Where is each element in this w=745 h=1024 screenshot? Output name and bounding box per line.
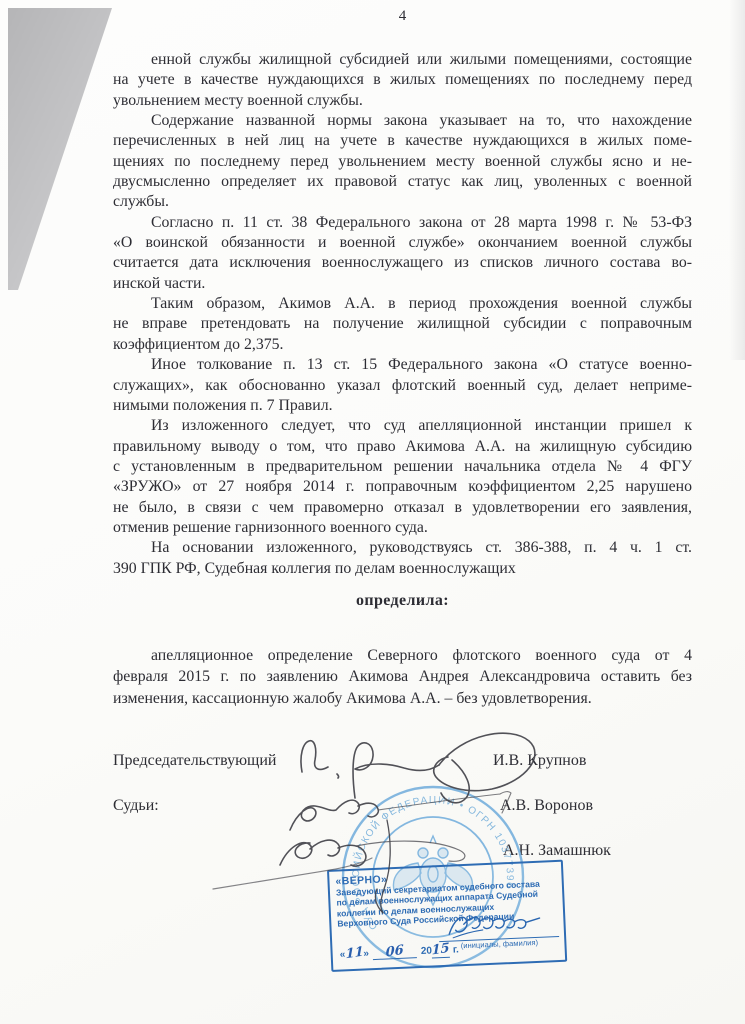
scan-edge-shadow	[729, 0, 745, 360]
text-line: На основании изложенного, руководствуясь…	[113, 538, 692, 558]
operative-heading: определила:	[113, 592, 692, 610]
text-line: Согласно п. 11 ст. 38 Федерального закон…	[113, 213, 692, 233]
text-line: коэффициентом до 2,375.	[113, 335, 692, 355]
date-open-quote: «	[339, 949, 345, 960]
paragraph: На основании изложенного, руководствуясь…	[113, 538, 692, 579]
text-line: апелляционное определение Северного флот…	[113, 645, 692, 666]
text-line: нимыми положения п. 7 Правил.	[113, 396, 692, 416]
text-line: считается дата исключения военнослужащег…	[113, 253, 692, 273]
text-line: на учете в качестве нуждающихся в жилых …	[113, 70, 692, 90]
text-line: «ЗРУЖО» от 27 ноября 2014 г. поправочным…	[113, 477, 692, 497]
certification-stamp: «ВЕРНО» Заведующий секретариатом судебно…	[327, 860, 567, 972]
text-line: Из изложенного следует, что суд апелляци…	[113, 416, 692, 436]
paragraph: Содержание названной нормы закона указыв…	[113, 111, 692, 213]
date-close-quote: »	[363, 948, 369, 959]
handwritten-month: 06	[386, 943, 404, 961]
handwritten-day: 11	[345, 944, 363, 962]
text-line: инской части.	[113, 274, 692, 294]
paragraph: апелляционное определение Северного флот…	[113, 645, 692, 709]
paragraph: Согласно п. 11 ст. 38 Федерального закон…	[113, 213, 692, 294]
document-page: 4 енной службы жилищной субсидией или жи…	[0, 0, 745, 1024]
presiding-judge-label: Председательствующий	[113, 752, 276, 770]
paragraph: Иное толкование п. 13 ст. 15 Федеральног…	[113, 355, 692, 416]
text-line: Иное толкование п. 13 ст. 15 Федеральног…	[113, 355, 692, 375]
paragraph: Из изложенного следует, что суд апелляци…	[113, 416, 692, 538]
text-line: «О воинской обязанности и военной службе…	[113, 233, 692, 253]
paragraph: Таким образом, Акимов А.А. в период прох…	[113, 294, 692, 355]
text-line: февраля 2015 г. по заявлению Акимова Анд…	[113, 666, 692, 687]
text-line: изменения, кассационную жалобу Акимова А…	[113, 688, 692, 709]
text-line: отменив решение гарнизонного военного су…	[113, 518, 692, 538]
paragraph: енной службы жилищной субсидией или жилы…	[113, 50, 692, 111]
text-line: не вправе претендовать на получение жили…	[113, 314, 692, 334]
text-line: щениях по последнему перед увольнением м…	[113, 152, 692, 172]
text-line: енной службы жилищной субсидией или жилы…	[113, 50, 692, 70]
secretary-signature	[439, 907, 558, 942]
body-text: енной службы жилищной субсидией или жилы…	[113, 50, 692, 579]
judges-label: Судьи:	[113, 797, 159, 815]
text-line: перечисленных в ней лиц на учете в качес…	[113, 131, 692, 151]
text-line: службы.	[113, 192, 692, 212]
text-line: Содержание названной нормы закона указыв…	[113, 111, 692, 131]
closing-paragraph: апелляционное определение Северного флот…	[113, 645, 692, 709]
text-line: с установленным в предварительном решени…	[113, 457, 692, 477]
date-year-printed: 20	[421, 946, 433, 957]
text-line: 390 ГПК РФ, Судебная коллегия по делам в…	[113, 559, 692, 579]
text-line: Таким образом, Акимов А.А. в период прох…	[113, 294, 692, 314]
page-number: 4	[113, 8, 692, 25]
text-line: правильному выводу о том, что право Аким…	[113, 437, 692, 457]
presiding-judge-name: И.В. Крупнов	[493, 752, 586, 770]
secretary-signature-block: (инициалы, фамилия)	[438, 907, 560, 951]
text-line: двусмысленно определяет их правовой стат…	[113, 172, 692, 192]
text-line: служащих», как обоснованно указал флотск…	[113, 376, 692, 396]
text-line: не было, в связи с чем правомерно отказа…	[113, 498, 692, 518]
text-line: увольнением месту военной службы.	[113, 91, 692, 111]
